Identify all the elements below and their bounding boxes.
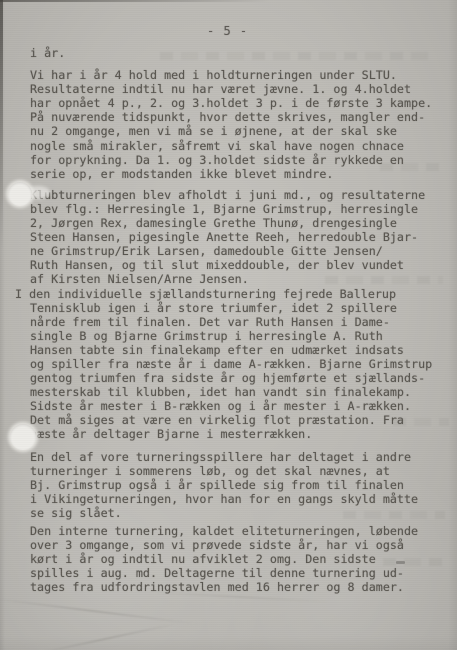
scan-edge-left-shadow (0, 0, 3, 250)
hole-punch-bottom (10, 424, 36, 450)
page-number: - 5 - (207, 24, 248, 38)
paragraph-sjaellandsturnering: I den individuelle sjællandsturnering fe… (30, 287, 444, 442)
hole-punch-top (8, 182, 32, 206)
paragraph-klubturnering: Klubturneringen blev afholdt i juni md.,… (30, 188, 444, 287)
scanned-document-page: - 5 - i år. Vi har i år 4 hold med i hol… (0, 0, 457, 650)
paragraph-andre-turneringer: En del af vore turneringsspillere har de… (30, 450, 444, 520)
paper-crease (31, 622, 178, 650)
paper-crease (0, 597, 197, 624)
right-edge-mark (396, 561, 405, 564)
paragraph-intro: i år. (30, 46, 444, 60)
document-body: i år. Vi har i år 4 hold med i holdturne… (30, 46, 444, 594)
paragraph-eliteturnering: Den interne turnering, kaldet eliteturne… (30, 524, 444, 594)
scan-edge-top-shadow (0, 0, 270, 2)
paragraph-holdturnering: Vi har i år 4 hold med i holdturneringen… (30, 68, 444, 181)
